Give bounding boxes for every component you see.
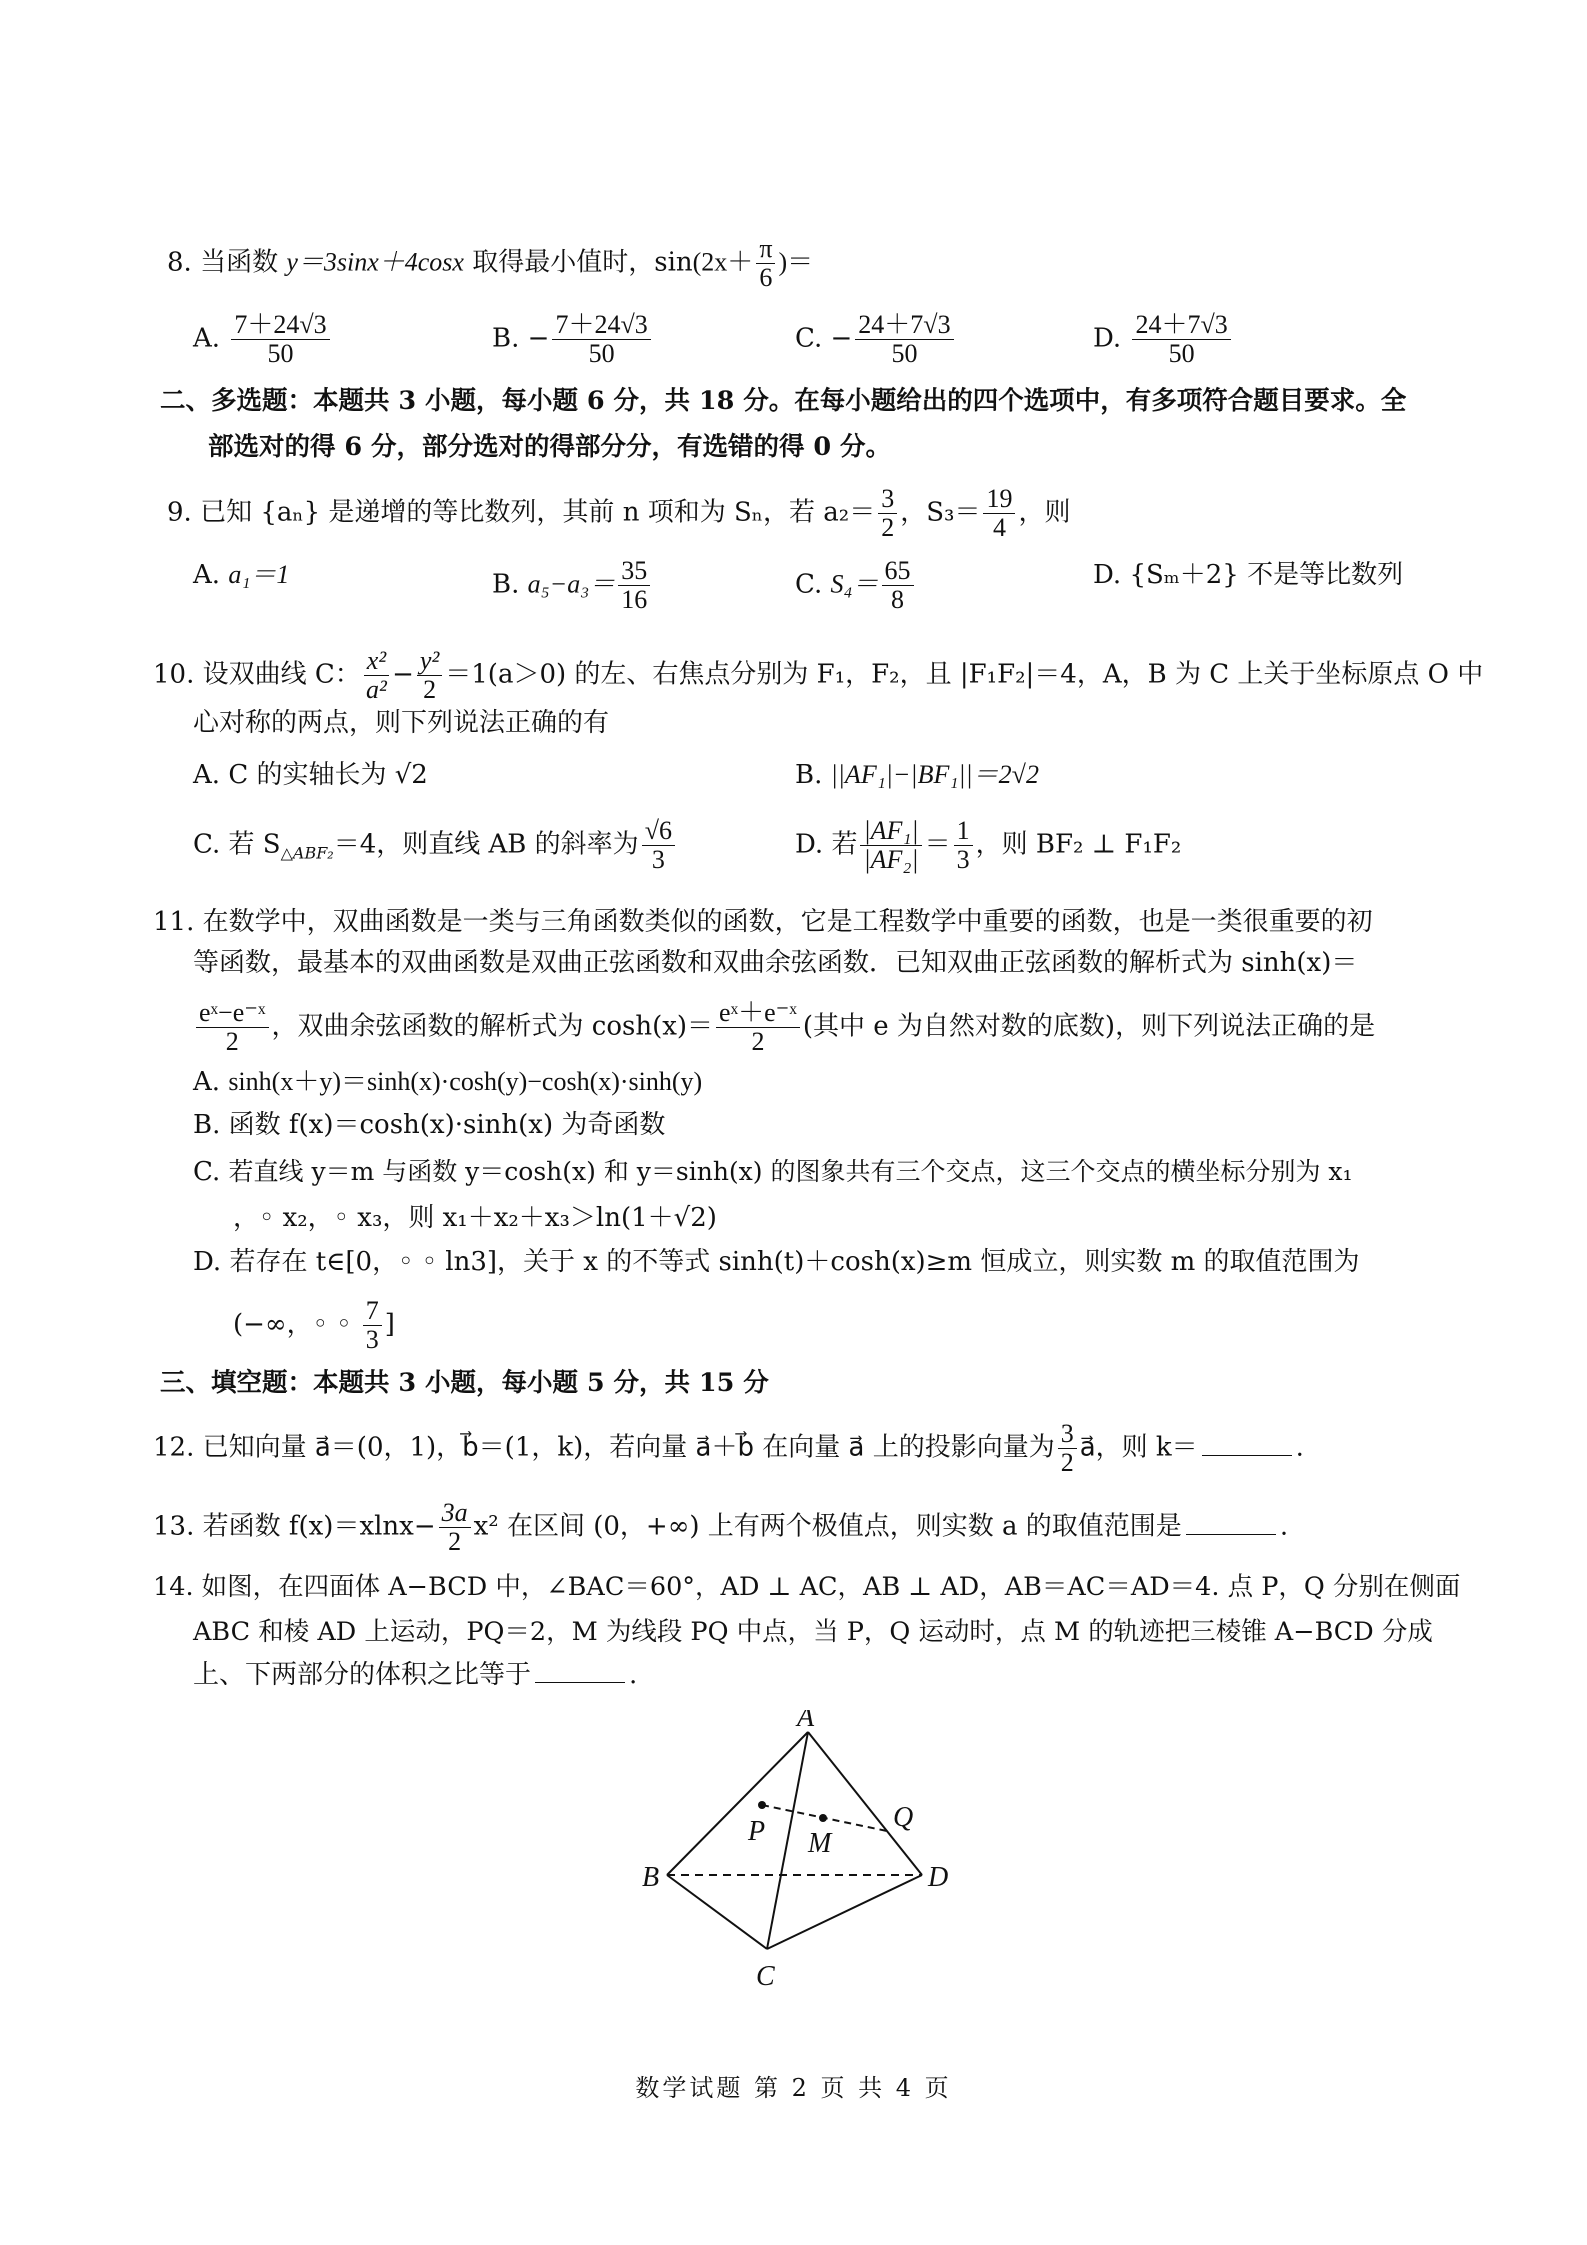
question-9-stem: 9. 已知 {aₙ} 是递增的等比数列，其前 n 项和为 Sₙ，若 a₂＝32，… [167,486,1071,541]
section-3-heading: 三、填空题：本题共 3 小题，每小题 5 分，共 15 分 [160,1366,769,1400]
frac-den: 2 [226,1028,239,1055]
period: . [1296,1433,1304,1463]
option-text: ||AF₁|−|BF₁||＝2√2 [831,760,1039,789]
q10-text: 10. 设双曲线 C： [153,660,361,690]
frac-den: 50 [589,340,615,367]
q10-option-c[interactable]: C. 若 S△ABF₂＝4，则直线 AB 的斜率为√63 [193,818,678,873]
q12-text: a⃗，则 k＝ [1080,1433,1198,1463]
q8-frac-num: π [756,236,775,264]
question-8-stem: 8. 当函数 y＝3sinx＋4cosx 取得最小值时，sin(2x＋π6)＝ [167,236,813,291]
question-14-line-3: 上、下两部分的体积之比等于. [193,1658,637,1692]
label-c: C [756,1961,775,1992]
label-m: M [807,1828,833,1859]
option-fraction: 73 [363,1298,382,1353]
option-label: D. [193,1247,221,1277]
option-text: ＝ [925,830,951,860]
frac-num: 24＋7√3 [1132,312,1230,340]
frac-num: √6 [642,818,675,846]
q11-option-c[interactable]: C. 若直线 y＝m 与函数 y＝cosh(x) 和 y＝sinh(x) 的图象… [193,1155,1353,1189]
option-sign: − [528,324,550,354]
q9-text: ，则 [1018,498,1070,528]
q8-frac-den: 6 [759,264,772,291]
frac-num: 65 [882,558,914,586]
option-fraction: 3516 [618,558,650,613]
q9-frac-2: 194 [983,486,1015,541]
option-text: 若 [831,830,857,860]
q9-option-b[interactable]: B. a₅−a₃＝3516 [492,558,653,613]
frac-den: |AF₂| [863,846,918,873]
option-text: C 的实轴长为 √2 [228,760,428,790]
q11-text: ，双曲余弦函数的解析式为 cosh(x)＝ [272,1012,714,1042]
option-label: A. [193,560,220,590]
q8-mid: 取得最小值时，sin [464,248,693,278]
frac-den: 2 [1061,1449,1074,1476]
cosh-fraction: eˣ＋e⁻ˣ2 [716,1000,800,1055]
frac-num: eˣ−e⁻ˣ [196,1000,269,1028]
q10-frac-y: y²2 [417,648,442,703]
frac-num: 19 [983,486,1015,514]
option-label: D. [1093,324,1121,354]
question-12: 12. 已知向量 a⃗＝(0，1)，b⃗＝(1，k)，若向量 a⃗＋b⃗ 在向量… [153,1421,1304,1476]
q12-text: 12. 已知向量 a⃗＝(0，1)，b⃗＝(1，k)，若向量 a⃗＋b⃗ 在向量… [153,1433,1055,1463]
frac-den: 50 [1169,340,1195,367]
frac-num: 7 [363,1298,382,1326]
point-m [819,1814,827,1822]
section-2-heading: 二、多选题：本题共 3 小题，每小题 6 分，共 18 分。在每小题给出的四个选… [160,384,1406,418]
option-label: C. [795,324,822,354]
option-label: B. [795,760,822,790]
option-fraction: 7＋24√350 [552,312,650,367]
edge-ab [667,1732,808,1875]
q11-option-d[interactable]: D. 若存在 t∈[0，◦ ◦ ln3]，关于 x 的不等式 sinh(t)＋c… [193,1245,1360,1279]
minus-sign: − [392,660,414,690]
option-text: 若 S [229,830,281,860]
option-text: ，则 BF₂ ⊥ F₁F₂ [976,830,1182,860]
option-label: D. [795,830,823,860]
label-p: P [747,1816,765,1847]
option-fraction: 24＋7√350 [855,312,953,367]
q12-fraction: 32 [1058,1421,1077,1476]
point-p [758,1801,766,1809]
q8-option-b[interactable]: B. −7＋24√350 [492,312,654,367]
frac-num: x² [364,648,389,676]
option-text: a₅−a₃＝ [528,570,616,599]
q9-text: 9. 已知 {aₙ} 是递增的等比数列，其前 n 项和为 Sₙ，若 a₂＝ [167,498,875,528]
option-fraction-2: 13 [954,818,973,873]
option-fraction: 658 [882,558,914,613]
q10-option-d[interactable]: D. 若|AF₁||AF₂|＝13，则 BF₂ ⊥ F₁F₂ [795,818,1181,873]
q10-option-b[interactable]: B. ||AF₁|−|BF₁||＝2√2 [795,758,1039,792]
q8-option-a[interactable]: A. 7＋24√350 [193,312,333,367]
question-10-stem: 10. 设双曲线 C：x²a²−y²2＝1(a＞0) 的左、右焦点分别为 F₁，… [153,648,1483,703]
option-label: C. [193,830,220,860]
q10-frac-x: x²a² [364,648,389,703]
q11-text: (其中 e 为自然对数的底数)，则下列说法正确的是 [803,1012,1375,1042]
option-label: C. [795,570,822,600]
label-b: B [642,1862,659,1893]
q10-text: ＝1(a＞0) 的左、右焦点分别为 F₁，F₂，且 |F₁F₂|＝4，A，B 为… [445,660,1483,690]
label-a: A [795,1710,815,1733]
frac-num: eˣ＋e⁻ˣ [716,1000,800,1028]
frac-den: 2 [448,1528,461,1555]
answer-blank-q12[interactable] [1202,1431,1292,1456]
frac-den: 3 [366,1326,379,1353]
frac-num: 7＋24√3 [552,312,650,340]
frac-den: 3 [652,846,665,873]
q11-option-b[interactable]: B. 函数 f(x)＝cosh(x)·sinh(x) 为奇函数 [193,1108,665,1142]
q9-option-c[interactable]: C. S₄＝658 [795,558,917,613]
sinh-fraction: eˣ−e⁻ˣ2 [196,1000,269,1055]
section-2-heading-cont: 部选对的得 6 分，部分选对的得部分分，有选错的得 0 分。 [208,430,891,464]
frac-num: 7＋24√3 [231,312,329,340]
frac-den: 8 [891,586,904,613]
q13-text: 13. 若函数 f(x)＝xlnx− [153,1512,436,1542]
option-sign: − [831,324,853,354]
q9-text: ，S₃＝ [900,498,980,528]
frac-den: 2 [881,514,894,541]
question-13: 13. 若函数 f(x)＝xlnx−3a2x² 在区间 (0，+∞) 上有两个极… [153,1500,1288,1555]
frac-den: 50 [891,340,917,367]
q11-option-a[interactable]: A. sinh(x＋y)＝sinh(x)·cosh(y)−cosh(x)·sin… [193,1065,702,1099]
q9-option-a[interactable]: A. a₁＝1 [193,558,289,592]
q11-option-d-cont: (−∞，◦ ◦ 73] [233,1298,395,1353]
q8-expression: y＝3sinx＋4cosx [286,248,464,277]
option-label: A. [193,1067,220,1097]
q8-option-c[interactable]: C. −24＋7√350 [795,312,957,367]
option-text: S₄＝ [831,570,879,599]
q8-paren: (2x＋ [693,248,754,277]
label-d: D [927,1862,948,1893]
q9-frac-1: 32 [878,486,897,541]
frac-den: 16 [621,586,647,613]
option-text: ＝4，则直线 AB 的斜率为 [334,830,639,860]
label-q: Q [893,1802,913,1833]
question-14-line-2: ABC 和棱 AD 上运动，PQ＝2，M 为线段 PQ 中点，当 P，Q 运动时… [193,1615,1433,1649]
frac-num: 3 [878,486,897,514]
period: . [1280,1512,1288,1542]
frac-den: 50 [267,340,293,367]
option-text: 若直线 y＝m 与函数 y＝cosh(x) 和 y＝sinh(x) 的图象共有三… [229,1157,1353,1186]
option-label: C. [193,1157,220,1187]
tetrahedron-diagram: A B C D P Q M [640,1710,980,2010]
frac-num: |AF₁| [860,818,921,846]
option-text: 若存在 t∈[0，◦ ◦ ln3]，关于 x 的不等式 sinh(t)＋cosh… [229,1247,1359,1277]
answer-blank-q14[interactable] [535,1658,625,1683]
option-label: B. [492,570,519,600]
option-label: B. [492,324,519,354]
option-fraction: 24＋7√350 [1132,312,1230,367]
option-text: ] [385,1310,395,1340]
page-footer: 数学试题 第 2 页 共 4 页 [0,2068,1587,2103]
q8-option-d[interactable]: D. 24＋7√350 [1093,312,1234,367]
question-14-line-1: 14. 如图，在四面体 A−BCD 中，∠BAC＝60°，AD ⊥ AC，AB … [153,1570,1460,1604]
option-text: {Sₘ＋2} 不是等比数列 [1129,560,1403,590]
q8-prefix: 8. 当函数 [167,248,286,278]
frac-den: 3 [957,846,970,873]
q13-text: x² 在区间 (0，+∞) 上有两个极值点，则实数 a 的取值范围是 [474,1512,1182,1542]
option-label: B. [193,1110,220,1140]
question-10-stem-cont: 心对称的两点，则下列说法正确的有 [193,706,609,740]
q9-option-d[interactable]: D. {Sₘ＋2} 不是等比数列 [1093,558,1403,592]
option-fraction: 7＋24√350 [231,312,329,367]
option-label: A. [193,324,220,354]
frac-num: 3a [439,1500,471,1528]
frac-den: 2 [751,1028,764,1055]
q14-text: 上、下两部分的体积之比等于 [193,1660,531,1690]
frac-num: 1 [954,818,973,846]
option-fraction: |AF₁||AF₂| [860,818,921,873]
tetrahedron-figure: A B C D P Q M [640,1710,980,2010]
option-text: 函数 f(x)＝cosh(x)·sinh(x) 为奇函数 [229,1110,666,1140]
subscript: △ABF₂ [281,844,334,863]
frac-num: 24＋7√3 [855,312,953,340]
q8-fraction: π6 [756,236,775,291]
option-text: a₁＝1 [228,560,289,589]
edge-cd [767,1875,922,1949]
frac-den: 4 [993,514,1006,541]
option-label: A. [193,760,220,790]
frac-num: 3 [1058,1421,1077,1449]
edge-ac [767,1732,808,1949]
q13-fraction: 3a2 [439,1500,471,1555]
q11-option-c-cont: ，◦ x₂，◦ x₃，则 x₁＋x₂＋x₃＞ln(1＋√2) [233,1201,717,1235]
option-label: D. [1093,560,1121,590]
period: . [629,1660,637,1690]
q10-option-a[interactable]: A. C 的实轴长为 √2 [193,758,428,792]
q8-tail: )＝ [778,248,813,277]
answer-blank-q13[interactable] [1186,1510,1276,1535]
question-11-line-3: eˣ−e⁻ˣ2，双曲余弦函数的解析式为 cosh(x)＝eˣ＋e⁻ˣ2(其中 e… [193,1000,1375,1055]
option-text: sinh(x＋y)＝sinh(x)·cosh(y)−cosh(x)·sinh(y… [228,1067,702,1096]
option-fraction: √63 [642,818,675,873]
frac-num: 35 [618,558,650,586]
question-11-line-2: 等函数，最基本的双曲函数是双曲正弦函数和双曲余弦函数．已知双曲正弦函数的解析式为… [193,946,1357,980]
frac-num: y² [417,648,442,676]
edge-bc [667,1875,767,1949]
frac-den: a² [366,676,387,703]
question-11-line-1: 11. 在数学中，双曲函数是一类与三角函数类似的函数，它是工程数学中重要的函数，… [153,905,1373,939]
frac-den: 2 [423,676,436,703]
option-text: (−∞，◦ ◦ [233,1310,360,1340]
